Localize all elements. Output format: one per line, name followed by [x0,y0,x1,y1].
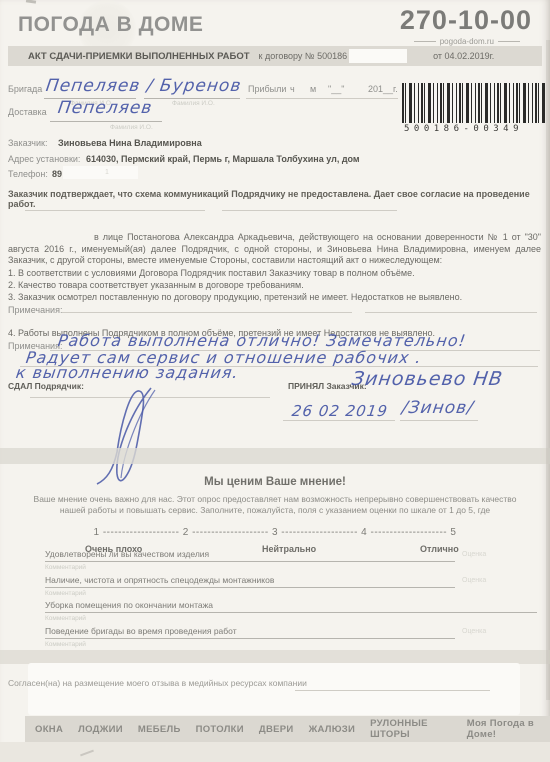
barcode [402,83,545,123]
consent-line [295,678,490,691]
comment-label-3: Комментарий [45,615,86,622]
title-bar: АКТ СДАЧИ-ПРИЕМКИ ВЫПОЛНЕННЫХ РАБОТ к до… [8,46,542,66]
customer-label: Заказчик: [8,138,47,148]
survey-question-2: Наличие, чистота и опрятность спецодежды… [45,575,455,588]
scan-edge-shadow [546,40,550,700]
customer-signature-line [400,407,478,421]
comment-label-2: Комментарий [45,590,86,597]
footer-category-lodzhii: ЛОДЖИИ [78,724,123,735]
comment-label-1: Комментарий [45,564,86,571]
survey-question-4: Поведение бригады во время проведения ра… [45,626,455,639]
footer-category-zhalyuzi: ЖАЛЮЗИ [309,724,356,735]
customer-name: Зиновьева Нина Владимировна [58,138,202,148]
footer-category-potolki: ПОТОЛКИ [196,724,244,735]
footer-category-rulonnye-shtory: РУЛОННЫЕ ШТОРЫ [370,718,452,740]
scan-artifact-top [26,0,36,4]
phone-label: Телефон: [8,169,48,179]
divider-band-2 [0,650,550,664]
scan-bottom-strip [0,742,550,762]
footer-slogan: Моя Погода в Доме! [467,718,550,740]
contract-number: к договору № 500186 [259,51,348,61]
survey-intro: Ваше мнение очень важно для нас. Этот оп… [28,494,522,516]
brigade-line-1 [44,84,136,99]
accepted-handwriting: Зиновьево НВ [350,368,504,390]
consent-text: Согласен(на) на размещение моего отзыва … [8,678,307,688]
brigade-label: Бригада [8,84,42,94]
scanned-document: ПОГОДА В ДОМЕ 270-10-00 pogoda-dom.ru АК… [0,0,550,762]
arrival-line [246,84,398,99]
contract-intro: в лице Постаногова Александра Аркадьевич… [8,232,541,267]
barcode-digits: 500186-00349 [404,124,523,134]
surname-sublabel-2: Фамилия И.О. [172,100,215,107]
notes-line-2 [365,300,537,313]
signature-line-2 [222,196,397,211]
contract-item-1: 1. В соответствии с условиями Договора П… [8,268,415,280]
footer-category-mebel: МЕБЕЛЬ [138,724,181,735]
footer-category-okna: ОКНА [35,724,63,735]
whiteout-box [349,49,407,63]
address-value: 614030, Пермский край, Пермь г, Маршала … [86,154,360,164]
surname-sublabel-3: Фамилия И.О. [110,124,153,131]
delivery-line [50,107,162,122]
handwritten-note-line3: к выполнению задания. [15,363,240,382]
comment-label-4: Комментарий [45,641,86,648]
company-website: pogoda-dom.ru [440,37,494,46]
survey-question-3: Уборка помещения по окончании монтажа [45,600,537,613]
document-title: АКТ СДАЧИ-ПРИЕМКИ ВЫПОЛНЕННЫХ РАБОТ [28,51,250,62]
survey-scale: 1 -------------------- 2 ---------------… [0,527,550,538]
survey-title: Мы ценим Ваше мнение! [0,476,550,488]
contractor-signature [85,386,200,486]
divider-band-1 [0,448,550,464]
survey-question-1: Удовлетворены ли вы качеством изделия [45,549,455,562]
notes-line-1 [62,300,352,313]
score-label-1: Оценка [462,551,486,558]
phone-value: 89 [52,169,62,179]
company-phone: 270-10-00 [400,5,532,36]
website-rule-right [498,41,520,42]
contract-item-2: 2. Качество товара соответствует указанн… [8,280,304,292]
footer-category-dveri: ДВЕРИ [259,724,294,735]
delivery-label: Доставка [8,107,47,117]
footer-bar: ОКНА ЛОДЖИИ МЕБЕЛЬ ПОТОЛКИ ДВЕРИ ЖАЛЮЗИ … [25,716,550,742]
signature-line-1 [25,196,205,211]
date-line [283,407,395,421]
phone-redaction-box [63,166,138,179]
contract-date: от 04.02.2019г. [433,51,494,61]
score-label-4: Оценка [462,628,486,635]
website-rule-left [414,41,436,42]
score-label-2: Оценка [462,577,486,584]
notes-label: Примечания: [8,305,62,315]
brigade-line-2 [144,84,240,99]
address-label: Адрес установки: [8,154,80,164]
phone-faint-mark: 1 [105,169,109,176]
company-logo: ПОГОДА В ДОМЕ [18,13,203,37]
